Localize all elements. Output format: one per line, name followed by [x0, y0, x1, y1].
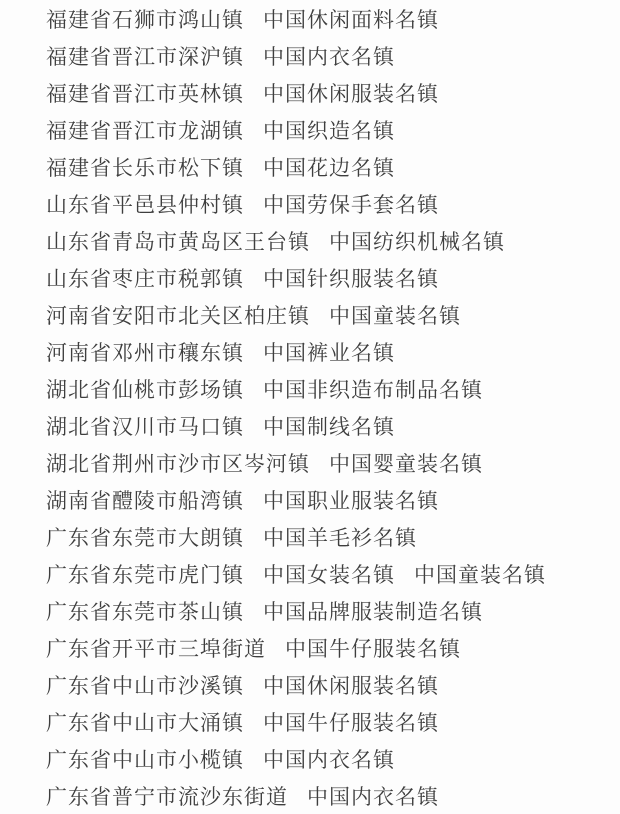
town-honor-title: 中国童装名镇: [329, 300, 461, 330]
town-honor-title: 中国花边名镇: [263, 152, 395, 182]
list-item: 广东省开平市三埠街道 中国牛仔服装名镇: [0, 629, 620, 666]
town-location: 广东省东莞市大朗镇: [46, 522, 244, 552]
town-location: 湖南省醴陵市船湾镇: [46, 485, 244, 515]
list-item: 广东省中山市大涌镇 中国牛仔服装名镇: [0, 703, 620, 740]
town-location: 广东省东莞市虎门镇: [46, 559, 244, 589]
list-item: 福建省石狮市鸿山镇 中国休闲面料名镇: [0, 0, 620, 37]
town-location: 河南省安阳市北关区柏庄镇: [46, 300, 310, 330]
town-location: 广东省中山市大涌镇: [46, 707, 244, 737]
town-honor-title: 中国羊毛衫名镇: [263, 522, 417, 552]
town-honor-title: 中国裤业名镇: [263, 337, 395, 367]
town-honor-title: 中国休闲面料名镇: [263, 4, 439, 34]
town-honor-list: 福建省石狮市鸿山镇 中国休闲面料名镇 福建省晋江市深沪镇 中国内衣名镇 福建省晋…: [0, 0, 620, 814]
town-location: 福建省晋江市英林镇: [46, 78, 244, 108]
town-location: 福建省石狮市鸿山镇: [46, 4, 244, 34]
town-honor-title: 中国针织服装名镇: [263, 263, 439, 293]
town-honor-title: 中国品牌服装制造名镇: [263, 596, 483, 626]
list-item: 广东省普宁市流沙东街道 中国内衣名镇: [0, 777, 620, 814]
list-item: 广东省东莞市茶山镇 中国品牌服装制造名镇: [0, 592, 620, 629]
list-item: 广东省东莞市虎门镇 中国女装名镇中国童装名镇: [0, 555, 620, 592]
town-honor-title: 中国休闲服装名镇: [263, 670, 439, 700]
list-item: 湖北省汉川市马口镇 中国制线名镇: [0, 407, 620, 444]
town-location: 福建省晋江市深沪镇: [46, 41, 244, 71]
town-honor-title: 中国内衣名镇: [263, 41, 395, 71]
town-location: 河南省邓州市穰东镇: [46, 337, 244, 367]
list-item: 广东省东莞市大朗镇 中国羊毛衫名镇: [0, 518, 620, 555]
list-item: 广东省中山市小榄镇 中国内衣名镇: [0, 740, 620, 777]
town-location: 广东省中山市沙溪镇: [46, 670, 244, 700]
town-honor-title: 中国休闲服装名镇: [263, 78, 439, 108]
list-item: 福建省晋江市龙湖镇 中国织造名镇: [0, 111, 620, 148]
document-page: 福建省石狮市鸿山镇 中国休闲面料名镇 福建省晋江市深沪镇 中国内衣名镇 福建省晋…: [0, 0, 620, 814]
list-item: 河南省安阳市北关区柏庄镇 中国童装名镇: [0, 296, 620, 333]
list-item: 福建省晋江市英林镇 中国休闲服装名镇: [0, 74, 620, 111]
town-location: 山东省枣庄市税郭镇: [46, 263, 244, 293]
town-honor-title: 中国劳保手套名镇: [263, 189, 439, 219]
town-location: 广东省中山市小榄镇: [46, 744, 244, 774]
list-item: 福建省晋江市深沪镇 中国内衣名镇: [0, 37, 620, 74]
town-location: 广东省开平市三埠街道: [46, 633, 266, 663]
town-honor-title: 中国织造名镇: [263, 115, 395, 145]
town-honor-title: 中国童装名镇: [414, 559, 546, 589]
town-honor-title: 中国牛仔服装名镇: [263, 707, 439, 737]
town-honor-title: 中国婴童装名镇: [329, 448, 483, 478]
town-honor-title: 中国内衣名镇: [263, 744, 395, 774]
town-location: 广东省普宁市流沙东街道: [46, 781, 288, 811]
town-location: 湖北省荆州市沙市区岑河镇: [46, 448, 310, 478]
town-honor-title: 中国牛仔服装名镇: [285, 633, 461, 663]
town-honor-title: 中国纺织机械名镇: [329, 226, 505, 256]
list-item: 广东省中山市沙溪镇 中国休闲服装名镇: [0, 666, 620, 703]
list-item: 河南省邓州市穰东镇 中国裤业名镇: [0, 333, 620, 370]
town-location: 福建省晋江市龙湖镇: [46, 115, 244, 145]
list-item: 山东省枣庄市税郭镇 中国针织服装名镇: [0, 259, 620, 296]
town-location: 山东省青岛市黄岛区王台镇: [46, 226, 310, 256]
town-location: 广东省东莞市茶山镇: [46, 596, 244, 626]
list-item: 湖南省醴陵市船湾镇 中国职业服装名镇: [0, 481, 620, 518]
town-honor-title: 中国女装名镇: [263, 559, 395, 589]
town-honor-title: 中国内衣名镇: [307, 781, 439, 811]
town-honor-title: 中国非织造布制品名镇: [263, 374, 483, 404]
town-honor-title: 中国制线名镇: [263, 411, 395, 441]
list-item: 山东省平邑县仲村镇 中国劳保手套名镇: [0, 185, 620, 222]
town-location: 湖北省汉川市马口镇: [46, 411, 244, 441]
list-item: 山东省青岛市黄岛区王台镇 中国纺织机械名镇: [0, 222, 620, 259]
town-honor-title: 中国职业服装名镇: [263, 485, 439, 515]
town-location: 福建省长乐市松下镇: [46, 152, 244, 182]
list-item: 福建省长乐市松下镇 中国花边名镇: [0, 148, 620, 185]
list-item: 湖北省仙桃市彭场镇 中国非织造布制品名镇: [0, 370, 620, 407]
list-item: 湖北省荆州市沙市区岑河镇 中国婴童装名镇: [0, 444, 620, 481]
town-location: 湖北省仙桃市彭场镇: [46, 374, 244, 404]
town-location: 山东省平邑县仲村镇: [46, 189, 244, 219]
